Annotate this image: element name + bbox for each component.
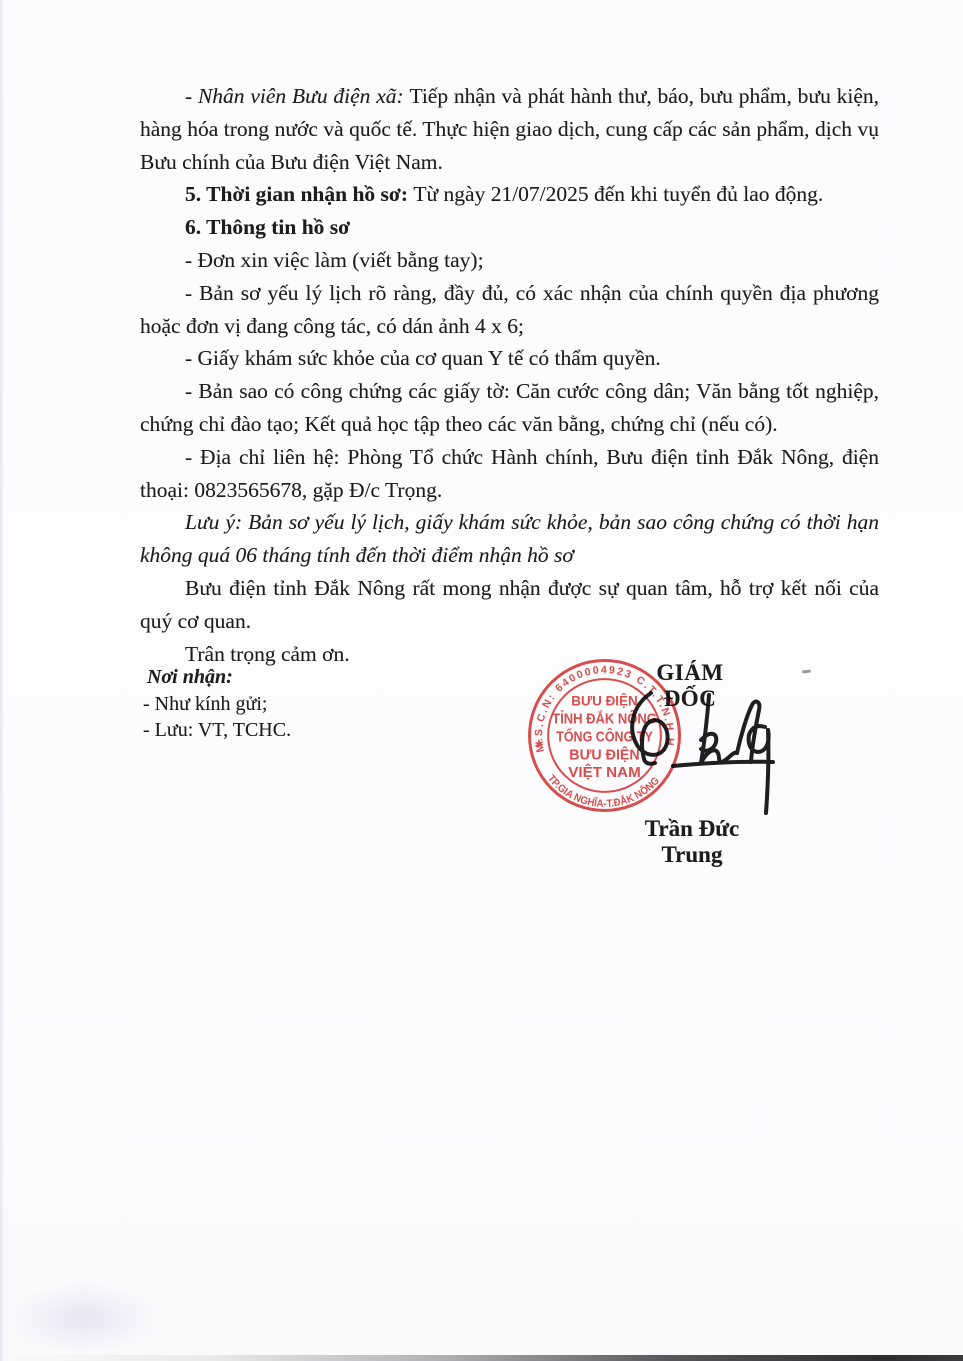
- text-segment: 5. Thời gian nhận hồ sơ:: [185, 182, 413, 206]
- body-paragraph: - Đơn xin việc làm (viết bằng tay);: [140, 244, 879, 277]
- body-paragraph: - Bản sao có công chứng các giấy tờ: Căn…: [140, 375, 879, 441]
- text-segment: - Bản sơ yếu lý lịch rõ ràng, đầy đủ, có…: [140, 281, 879, 338]
- text-segment: Lưu ý: Bản sơ yếu lý lịch, giấy khám sức…: [140, 510, 879, 567]
- scan-edge-left: [0, 0, 4, 1361]
- text-segment: Từ ngày 21/07/2025 đến khi tuyển đủ lao …: [413, 182, 823, 206]
- scan-tint-artifact: [8, 1283, 158, 1353]
- text-segment: - Địa chỉ liên hệ: Phòng Tổ chức Hành ch…: [140, 445, 879, 502]
- recipient-line: - Như kính gửi;: [143, 691, 291, 718]
- recipients-block: Nơi nhận: - Như kính gửi; - Lưu: VT, TCH…: [143, 664, 291, 744]
- scanned-document-page: - Nhân viên Bưu điện xã: Tiếp nhận và ph…: [0, 0, 963, 1361]
- scan-noise-mark: [802, 669, 811, 673]
- body-paragraph: Bưu điện tỉnh Đắk Nông rất mong nhận đượ…: [140, 572, 879, 638]
- recipient-line: - Lưu: VT, TCHC.: [143, 717, 291, 744]
- body-paragraph: - Giấy khám sức khỏe của cơ quan Y tế có…: [140, 342, 879, 375]
- text-segment: Trân trọng cảm ơn.: [185, 642, 350, 666]
- document-body: - Nhân viên Bưu điện xã: Tiếp nhận và ph…: [140, 80, 879, 670]
- scan-edge-bottom: [0, 1355, 963, 1361]
- body-paragraph: - Bản sơ yếu lý lịch rõ ràng, đầy đủ, có…: [140, 277, 879, 343]
- signature-ink: [625, 685, 785, 820]
- signature-graphic: [625, 685, 785, 820]
- text-segment: - Giấy khám sức khỏe của cơ quan Y tế có…: [185, 346, 661, 370]
- text-segment: - Nhân viên Bưu điện xã:: [185, 84, 409, 108]
- text-segment: - Đơn xin việc làm (viết bằng tay);: [185, 248, 484, 272]
- text-segment: - Bản sao có công chứng các giấy tờ: Căn…: [140, 379, 879, 436]
- text-segment: Bưu điện tỉnh Đắk Nông rất mong nhận đượ…: [140, 576, 879, 633]
- body-paragraph: Lưu ý: Bản sơ yếu lý lịch, giấy khám sức…: [140, 506, 879, 572]
- body-paragraph: 6. Thông tin hồ sơ: [140, 211, 879, 244]
- recipients-heading: Nơi nhận:: [147, 664, 291, 691]
- signer-name: Trần Đức Trung: [612, 816, 772, 868]
- body-paragraph: - Địa chỉ liên hệ: Phòng Tổ chức Hành ch…: [140, 441, 879, 507]
- body-paragraph: - Nhân viên Bưu điện xã: Tiếp nhận và ph…: [140, 80, 879, 178]
- body-paragraph: 5. Thời gian nhận hồ sơ: Từ ngày 21/07/2…: [140, 178, 879, 211]
- text-segment: 6. Thông tin hồ sơ: [185, 215, 350, 239]
